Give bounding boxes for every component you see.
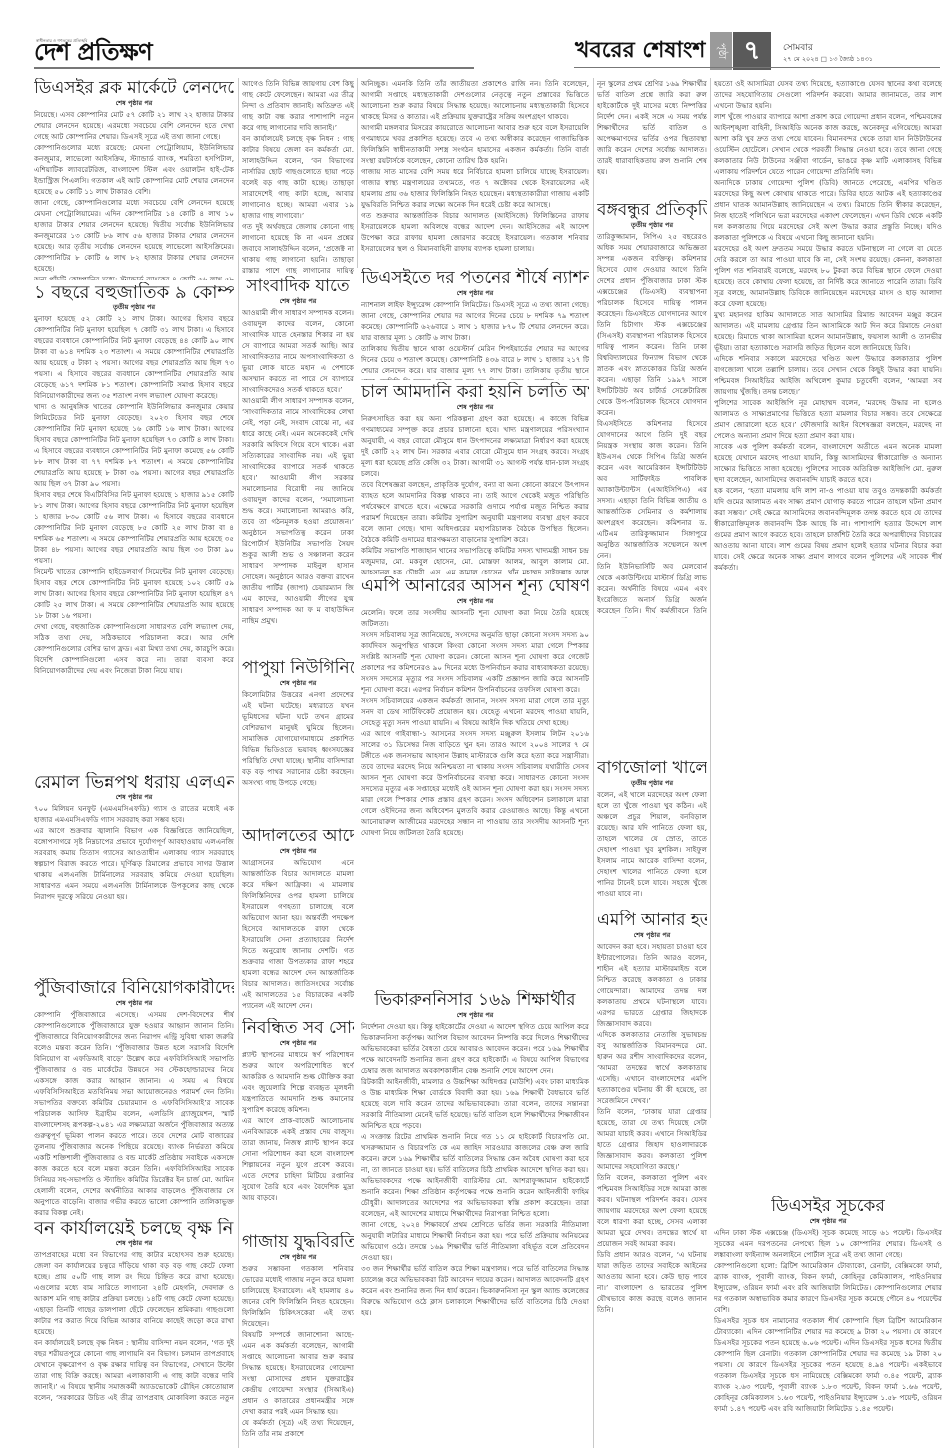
headline: ১ বছরে বহুজাতিক ৯ কোম্পানির (34, 282, 234, 303)
headline: এমপি আনারের আসন শূন্য ঘোষণা (361, 576, 589, 597)
article-body: বলেন, এই খালে মরদেহের অংশ ফেলা হলে তা খু… (597, 789, 707, 899)
headline: পুঁজিবাজারে বিনিয়োগকারীদের নিরাপদ (34, 978, 234, 999)
paragraph: প্ল্যান্ট স্থাপনের মাধ্যমে স্বর্ণ পরিশোধ… (242, 1049, 354, 1115)
page-number: ৭ (733, 32, 771, 70)
article-body: নিরুৎসাহিত করা হয় অন্য পরিকল্পনা গ্রহণ … (361, 413, 589, 574)
paragraph: মরদেহের ওই অংশ দ্রুততম সময়ে উদ্ধার করতে… (714, 243, 942, 309)
jump-line: শেষ পৃষ্ঠার পর (242, 1253, 354, 1262)
paragraph: আগামী মঙ্গলবার মিসরের কায়রোতে আলোচনা আব… (361, 122, 589, 166)
article-body: মেলেনি। ফলে তার সংসদীয় আসনটি শূন্য ঘোষণ… (361, 607, 589, 838)
paragraph: অন্যদিকে ঢাকায় গোয়েন্দা পুলিশ (ডিবি) জ… (714, 177, 942, 243)
jump-line: শেষ পৃষ্ঠার পর (242, 679, 354, 688)
paragraph: অনিচ্ছুক। এমনকি তিনি তাঁর জাতীয়তা প্রকা… (361, 78, 589, 122)
paragraph: সংসদ সচিবালয় সূত্র জানিয়েছে, সংসদের অন… (361, 629, 589, 695)
article-mp-murder[interactable]: এমপি আনার হত্যাকাণ্ডের শেষ পৃষ্ঠার পর আব… (597, 910, 707, 1448)
paragraph: এর আগে শুক্রবার জ্বালানি বিভাগ এক বিজ্ঞপ… (34, 825, 234, 902)
paragraph: বন কার্যালয়েই চলছে বৃক্ষ নিধন : গাছ কাট… (242, 133, 354, 221)
jump-line: শেষ পৃষ্ঠার পর (361, 1011, 589, 1020)
paragraph: কোম্পানিগুলো হলো: ব্রিটিশ আমেরিকান টোব্য… (714, 1260, 942, 1315)
article-body: আওয়ামী লীগ সাধারণ সম্পাদক বলেন। ওবায়দু… (242, 307, 354, 626)
article-multinational[interactable]: ১ বছরে বহুজাতিক ৯ কোম্পানির তৃতীয় পৃষ্ঠ… (34, 282, 234, 770)
article-papua[interactable]: পাপুয়া নিউগিনিতে শেষ পৃষ্ঠার পর কিলোমিট… (242, 658, 354, 824)
article-viqarunnisa[interactable]: ভিকারুননিসার ১৬৯ শিক্ষার্থীর শেষ পৃষ্ঠার… (361, 990, 589, 1448)
paragraph: মেলেনি। ফলে তার সংসদীয় আসনটি শূন্য ঘোষণ… (361, 607, 589, 629)
article-body: অনিচ্ছুক। এমনকি তিনি তাঁর জাতীয়তা প্রকা… (361, 78, 589, 254)
headline: আদালতের আদেশ (242, 826, 354, 847)
headline: বাগজোলা খালে (597, 758, 707, 779)
article-body: ন্যাশনাল লাইফ ইন্স্যুরেন্স কোম্পানি লিমি… (361, 299, 589, 380)
paragraph: এ সংক্রান্ত রিটের প্রাথমিক শুনানি নিয়ে … (361, 1131, 589, 1175)
jump-line: শেষ পৃষ্ঠার পর (34, 99, 234, 108)
jump-line: তৃতীয় পৃষ্ঠার পর (34, 303, 234, 312)
article-bangabandhu[interactable]: বঙ্গবন্ধুর প্রতিকৃতিতে তৃতীয় পৃষ্ঠার পর… (597, 200, 707, 618)
article-remal-lng[interactable]: রেমাল ভিন্নপথ ধরায় এলএনজি শেষ পৃষ্ঠার প… (34, 772, 234, 994)
article-tree-felling[interactable]: বন কার্যালয়েই চলছে বৃক্ষ নিধন শেষ পৃষ্ঠ… (34, 1218, 234, 1404)
jump-line: শেষ পৃষ্ঠার পর (361, 289, 589, 298)
headline: ডিএসইতে দর পতনের শীর্ষে ন্যাশনাল (361, 268, 589, 289)
paragraph: ডিবি প্রধান আরও বলেন, ‘এ ঘটনায় যারা জড়… (597, 1249, 707, 1315)
paragraph: সিমেন্ট খাতের কোম্পানি হাইডেলবার্গ সিমেন… (34, 566, 234, 621)
paragraph: অন্য পাঁচটি কোম্পানির মধ্যে: স্ট্যান্ডার… (34, 274, 234, 280)
paragraph: নির্দেশনা দেওয়া হয়। কিন্তু হাইকোর্টের … (361, 1021, 589, 1076)
headline: বঙ্গবন্ধুর প্রতিকৃতিতে (597, 200, 707, 221)
masthead: স্বাধীনতার ও গণতন্ত্রের প্রতিচ্ছবি দেশ প… (0, 0, 945, 70)
paragraph: তালিকায় দ্বিতীয় স্থানে থাকা ওয়েস্টার্… (361, 343, 589, 380)
paragraph: সংসদ সচিবালয়ের একজন কর্মকর্তা জানান, সং… (361, 695, 589, 728)
article-body: নির্দেশনা দেওয়া হয়। কিন্তু হাইকোর্টের … (361, 1021, 589, 1318)
jump-line: শেষ পৃষ্ঠার পর (242, 847, 354, 856)
section-title: খবরের শেষাংশ (575, 38, 705, 64)
jump-line: শেষ পৃষ্ঠার পর (714, 1217, 942, 1226)
page-label: পৃষ্ঠা (710, 32, 732, 70)
masthead-rule-left (34, 67, 474, 69)
paragraph: খাদ্য ও আনুষঙ্গিক খাতের কোম্পানি ইউনিলিভ… (34, 401, 234, 489)
article-body: আবেদন করা হবে। সহায়তা চাওয়া হবে ইন্টার… (597, 941, 707, 1315)
paragraph: এদিকে কলকাতার নেতাজি সুভাষচন্দ্র বসু আন্… (597, 1029, 707, 1106)
masthead-rule-right (574, 67, 940, 68)
paragraph: কোম্পানি পুঁজিবাজারে এসেছে। এসময় দেশ-বি… (34, 1009, 234, 1216)
paragraph: ৩৩ জন শিক্ষার্থীর ভর্তি বাতিল করে শিক্ষা… (361, 1263, 589, 1318)
paragraph: পুলিশের সাবেক আইজিপি নূর মোহাম্মদ বলেন, … (714, 397, 942, 441)
paragraph: দেখা গেছে, বহুজাতিক কোম্পানিগুলো সাধারণত… (34, 621, 234, 676)
paragraph: আবেদন করা হবে। সহায়তা চাওয়া হবে ইন্টার… (597, 941, 707, 1029)
headline: পাপুয়া নিউগিনিতে (242, 658, 354, 679)
article-body: শুরুর সম্ভাবনা গতকাল শনিবার ভোরের মধ্যেই… (242, 1263, 354, 1439)
article-body: প্ল্যান্ট স্থাপনের মাধ্যমে স্বর্ণ পরিশোধ… (242, 1049, 354, 1203)
column-divider (710, 78, 711, 1118)
paragraph: এদিন ঢাকা স্টক এক্সচেঞ্জ (ডিএসই) সূচক কম… (714, 1227, 942, 1260)
article-national-life[interactable]: ডিএসইতে দর পতনের শীর্ষে ন্যাশনাল শেষ পৃষ… (361, 268, 589, 380)
headline: এমপি আনার হত্যাকাণ্ডের (597, 910, 707, 931)
jump-line: তৃতীয় পৃষ্ঠার পর (597, 221, 707, 230)
paragraph: আওয়ামী লীগ সাধারণ সম্পাদক বলেন। ওবায়দু… (242, 307, 354, 395)
jump-line: শেষ পৃষ্ঠার পর (34, 999, 234, 1008)
paragraph: বলেন, এই খালে মরদেহের অংশ ফেলা হলে তা খু… (597, 789, 707, 899)
article-journalist[interactable]: সাংবাদিক যাতে শেষ পৃষ্ঠার পর আওয়ামী লীগ… (242, 276, 354, 654)
article-body: আগেও তিনি বিভিন্ন জায়গায় বেশ কিছু গাছ … (242, 78, 354, 276)
paragraph: ডিএসইর সূচক ধস নামানোর গতকাল শীর্ষ কোম্প… (714, 1315, 942, 1414)
weekday: সোমবার (783, 40, 813, 55)
paragraph: এর আগে প্রাক-বাজেট আলোচনায় এনবিআরকে একই… (242, 1115, 354, 1203)
article-bagjola[interactable]: বাগজোলা খালে তৃতীয় পৃষ্ঠার পর বলেন, এই … (597, 758, 707, 908)
paragraph: ৭০০ মিলিয়ন ঘনফুট (এমএমসিএফডি) গ্যাস ও র… (34, 803, 234, 825)
paragraph: এর আগে গাইবান্ধা-১ আসনের সংসদ সদস্য মঞ্জ… (361, 728, 589, 838)
paragraph: আওয়ামী লীগ সাধারণ সম্পাদক বলেন, ‘সাংবাদ… (242, 395, 354, 626)
article-court-order[interactable]: আদালতের আদেশ শেষ পৃষ্ঠার পর আগ্রাসনের অভ… (242, 826, 354, 1016)
article-mp-murder-right[interactable]: হয়তো ওই আসামিরা যেসব তথ্য দিয়েছে, হত্য… (714, 78, 942, 1186)
article-body: ৭০০ মিলিয়ন ঘনফুট (এমএমসিএফডি) গ্যাস ও র… (34, 803, 234, 902)
issue-date: ২৭ মে ২০২৪ □ ১৩ জ্যৈষ্ঠ ১৪৩১ (783, 54, 873, 65)
article-body: কোম্পানি পুঁজিবাজারে এসেছে। এসময় দেশ-বি… (34, 1009, 234, 1216)
paragraph: অভিভাবকদের পক্ষে আইনজীবী ব্যারিস্টার মো.… (361, 1175, 589, 1219)
paragraph: কোম্পানিগুলোর মধ্যে রয়েছে: মেঘনা পেট্রো… (34, 142, 234, 197)
paragraph: গাজায় সাত মাসের বেশি সময় ধরে নির্বিচার… (361, 166, 589, 210)
article-capital-market[interactable]: পুঁজিবাজারে বিনিয়োগকারীদের নিরাপদ শেষ প… (34, 978, 234, 1216)
article-gold[interactable]: নিবন্ধিত সব সোনার শেষ পৃষ্ঠার পর প্ল্যান… (242, 1018, 354, 1228)
paragraph: আগেও তিনি বিভিন্ন জায়গায় বেশ কিছু গাছ … (242, 78, 354, 133)
newspaper-logo[interactable]: দেশ প্রতিক্ষণ (34, 40, 152, 64)
article-body: তারিকুজ্জামান, সিপিএ ২৫ বছরেরও অধিক সময়… (597, 231, 707, 618)
column-divider (357, 78, 358, 268)
paragraph: এদিকে শনিবার সকালে মরদেহের খণ্ডিত অংশ উদ… (714, 353, 942, 397)
article-body: আগ্রাসনের অভিযোগ এনে আন্তর্জাতিক বিচার আ… (242, 857, 354, 1011)
paragraph: গত শুক্রবার আন্তর্জাতিক বিচার আদালত (আইস… (361, 210, 589, 254)
paragraph: নিরুৎসাহিত করা হয় অন্য পরিকল্পনা গ্রহণ … (361, 413, 589, 479)
paragraph: সাবেক এক পুলিশ কর্মকর্তা বলেন, বাংলাদেশে… (714, 441, 942, 485)
paragraph: কিলোমিটার উত্তরের এনগা প্রদেশের এই ঘটনা … (242, 689, 354, 788)
headline: সাংবাদিক যাতে (242, 276, 354, 297)
article-body: নূন স্কুলের প্রথম শ্রেণির ১৬৯ শিক্ষার্থী… (597, 78, 707, 177)
article-tree-continued[interactable]: আগেও তিনি বিভিন্ন জায়গায় বেশ কিছু গাছ … (242, 78, 354, 276)
paragraph: জানা গেছে, ২০২৪ শিক্ষাবর্ষে প্রথম শ্রেণি… (361, 1219, 589, 1263)
paragraph: তিনি বলেন, কলকাতা পুলিশ এবং পশ্চিমবঙ্গ স… (597, 1172, 707, 1249)
headline: চাল আমদানি করা হয়নি চলতি অর্থবছরে (361, 382, 589, 403)
paragraph: কমিটির সভাপতি শাজাহান খানের সভাপতিত্বে ক… (361, 545, 589, 574)
article-gaza-ceasefire[interactable]: গাজায় যুদ্ধবিরতি শেষ পৃষ্ঠার পর শুরুর স… (242, 1232, 354, 1448)
paragraph: তারিকুজ্জামান, সিপিএ ২৫ বছরেরও অধিক সময়… (597, 231, 707, 418)
paragraph: হক বলেন, ‘হত্যা মামলায় যদি লাশ না-ও পাও… (714, 485, 942, 573)
headline: ভিকারুননিসার ১৬৯ শিক্ষার্থীর (361, 990, 589, 1011)
jump-line: শেষ পৃষ্ঠার পর (242, 1039, 354, 1048)
article-body: এদিন ঢাকা স্টক এক্সচেঞ্জ (ডিএসই) সূচক কম… (714, 1227, 942, 1414)
article-dse-index[interactable]: ডিএসইর সূচকের শেষ পৃষ্ঠার পর এদিন ঢাকা স… (714, 1196, 942, 1416)
headline: রেমাল ভিন্নপথ ধরায় এলএনজি (34, 772, 234, 793)
article-block-market[interactable]: ডিএসইর ব্লক মার্কেটে লেনদেনের শেষ পৃষ্ঠা… (34, 78, 234, 280)
jump-line: শেষ পৃষ্ঠার পর (242, 297, 354, 306)
article-viqarunnisa-continued[interactable]: নূন স্কুলের প্রথম শ্রেণির ১৬৯ শিক্ষার্থী… (597, 78, 707, 198)
paragraph: তাপপ্রবাহের মধ্যে বন বিভাগের গাছ কাটার ম… (34, 1249, 234, 1337)
paragraph: তিনি ইউনিভার্সিটি অব মেলবোর্ন থেকে একাউন… (597, 561, 707, 618)
headline: ডিএসইর সূচকের (714, 1196, 942, 1217)
paragraph: আগ্রাসনের অভিযোগ এনে আন্তর্জাতিক বিচার আ… (242, 857, 354, 1011)
paragraph: জানা গেছে, কোম্পানিগুলোর মধ্যে সবচেয়ে ব… (34, 197, 234, 274)
paragraph: মুখ্য মহানগর হাকিম আদালতে সাত আসামির রিম… (714, 309, 942, 353)
paragraph: নিয়েছে। এসব কোম্পানির মোট ৫৭ কোটি ২১ লা… (34, 109, 234, 142)
headline: গাজায় যুদ্ধবিরতি (242, 1232, 354, 1253)
paragraph: গত দুই অর্থবছরে জেলায় কোনো গাছ লাগানো হ… (242, 221, 354, 276)
article-body: মুনাফা হয়েছে ৫২ কোটি ২১ লাখ টাকা। আগের … (34, 313, 234, 676)
paragraph: হিসাব বছর শেষে বিএটিবিসির নিট মুনাফা হয়… (34, 489, 234, 566)
jump-line: শেষ পৃষ্ঠার পর (597, 931, 707, 940)
headline: বন কার্যালয়েই চলছে বৃক্ষ নিধন (34, 1218, 234, 1239)
article-body: হয়তো ওই আসামিরা যেসব তথ্য দিয়েছে, হত্য… (714, 78, 942, 573)
paragraph: ন্যাশনাল লাইফ ইন্স্যুরেন্স কোম্পানি লিমি… (361, 299, 589, 343)
article-body: তাপপ্রবাহের মধ্যে বন বিভাগের গাছ কাটার ম… (34, 1249, 234, 1404)
paragraph: নূন স্কুলের প্রথম শ্রেণির ১৬৯ শিক্ষার্থী… (597, 78, 707, 177)
article-body: নিয়েছে। এসব কোম্পানির মোট ৫৭ কোটি ২১ লা… (34, 109, 234, 280)
paragraph: তবে বিশেষজ্ঞরা বলছেন, প্রাকৃতিক দুর্যোগ,… (361, 479, 589, 545)
jump-line: শেষ পৃষ্ঠার পর (34, 793, 234, 802)
jump-line: তৃতীয় পৃষ্ঠার পর (597, 779, 707, 788)
paragraph: মুনাফা হয়েছে ৫২ কোটি ২১ লাখ টাকা। আগের … (34, 313, 234, 401)
column-divider (593, 78, 594, 1448)
paragraph: বিষয়টি সম্পর্কে জানাশোনা আছে- এমন এক কর… (242, 1329, 354, 1417)
jump-line: শেষ পৃষ্ঠার পর (361, 403, 589, 412)
jump-line: শেষ পৃষ্ঠার পর (361, 597, 589, 606)
paragraph: যে কর্মকর্তা (সূত্র) এই তথ্য দিয়েছেন, ত… (242, 1417, 354, 1439)
article-rice-import[interactable]: চাল আমদানি করা হয়নি চলতি অর্থবছরে শেষ প… (361, 382, 589, 574)
paragraph: বিএসইসিতে কমিশনার হিসেবে যোগদানের আগে তি… (597, 418, 707, 561)
article-mp-seat[interactable]: এমপি আনারের আসন শূন্য ঘোষণা শেষ পৃষ্ঠার … (361, 576, 589, 988)
article-gaza-continued[interactable]: অনিচ্ছুক। এমনকি তিনি তাঁর জাতীয়তা প্রকা… (361, 78, 589, 266)
paragraph: তিনি বলেন, ‘ঢাকায় যারা গ্রেপ্তার হয়েছে… (597, 1106, 707, 1172)
headline: ডিএসইর ব্লক মার্কেটে লেনদেনের (34, 78, 234, 99)
paragraph: হয়তো ওই আসামিরা যেসব তথ্য দিয়েছে, হত্য… (714, 78, 942, 111)
article-body: কিলোমিটার উত্তরের এনগা প্রদেশের এই ঘটনা … (242, 689, 354, 788)
paragraph: বন কার্যালয়েই চলছে বৃক্ষ নিধন : স্থানীয… (34, 1337, 234, 1404)
paragraph: শুরুর সম্ভাবনা গতকাল শনিবার ভোরের মধ্যেই… (242, 1263, 354, 1329)
jump-line: শেষ পৃষ্ঠার পর (34, 1239, 234, 1248)
paragraph: রিটকারী আইনজীবী, মামলার ও উচ্চশিক্ষা অধি… (361, 1076, 589, 1131)
headline: নিবন্ধিত সব সোনার (242, 1018, 354, 1039)
paragraph: লাশ খুঁজে পাওয়ার ব্যাপারে আশা প্রকাশ কর… (714, 111, 942, 177)
column-divider (238, 78, 239, 1448)
